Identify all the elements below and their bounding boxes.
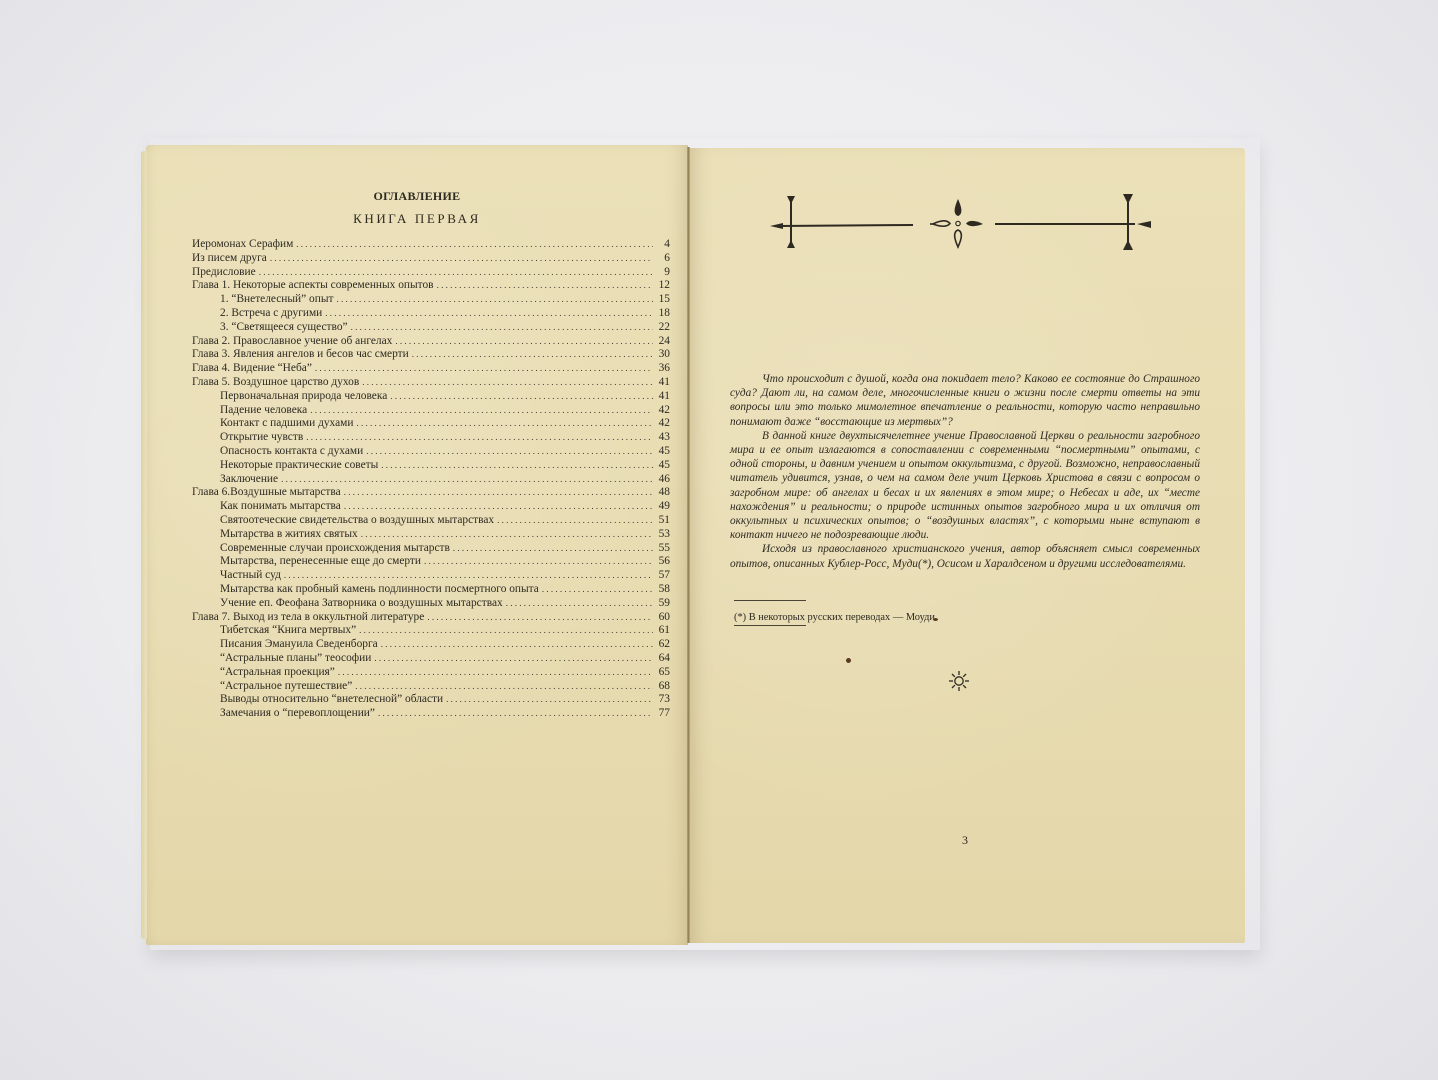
toc-entry: Иеромонах Серафим4 <box>192 238 670 252</box>
page-number: 3 <box>962 833 968 848</box>
paper-stain <box>933 618 938 621</box>
toc-leader-dots <box>296 238 653 252</box>
toc-entry-label: Глава 7. Выход из тела в оккультной лите… <box>192 611 424 625</box>
sun-ornament-icon <box>948 670 970 692</box>
toc-entry-page: 43 <box>656 431 670 445</box>
toc-entry-label: Предисловие <box>192 266 256 280</box>
toc-entry: Мытарства как пробный камень подлинности… <box>192 583 670 597</box>
toc-entry: Выводы относительно “внетелесной” област… <box>192 693 670 707</box>
toc-entry: “Астральные планы” теософии64 <box>192 652 670 666</box>
toc-entry-page: 60 <box>656 611 670 625</box>
toc-entry-label: 3. “Светящееся существо” <box>220 321 348 335</box>
toc-leader-dots <box>506 597 653 611</box>
toc-entry: “Астральное путешествие”68 <box>192 680 670 694</box>
toc-entry-page: 57 <box>656 569 670 583</box>
table-of-contents: Иеромонах Серафим4Из писем друга6Предисл… <box>192 238 670 721</box>
toc-entry-page: 18 <box>656 307 670 321</box>
toc-entry-label: Глава 2. Православное учение об ангелах <box>192 335 392 349</box>
toc-entry-page: 42 <box>656 417 670 431</box>
toc-entry: Как понимать мытарства49 <box>192 500 670 514</box>
toc-entry: Глава 2. Православное учение об ангелах2… <box>192 335 670 349</box>
toc-leader-dots <box>424 555 653 569</box>
toc-leader-dots <box>390 390 653 404</box>
toc-leader-dots <box>284 569 653 583</box>
toc-entry: Учение еп. Феофана Затворника о воздушны… <box>192 597 670 611</box>
toc-leader-dots <box>344 486 653 500</box>
toc-leader-dots <box>351 321 653 335</box>
toc-leader-dots <box>344 500 653 514</box>
toc-leader-dots <box>497 514 653 528</box>
toc-entry-label: Глава 5. Воздушное царство духов <box>192 376 359 390</box>
toc-entry-page: 42 <box>656 404 670 418</box>
toc-entry: Контакт с падшими духами42 <box>192 417 670 431</box>
paper-stain <box>846 658 851 663</box>
toc-entry-page: 4 <box>656 238 670 252</box>
toc-leader-dots <box>325 307 653 321</box>
toc-entry-page: 62 <box>656 638 670 652</box>
toc-leader-dots <box>453 542 653 556</box>
toc-leader-dots <box>381 638 653 652</box>
toc-entry-label: “Астральное путешествие” <box>220 680 352 694</box>
toc-entry-label: Современные случаи происхождения мытарст… <box>220 542 450 556</box>
toc-entry-label: Тибетская “Книга мертвых” <box>220 624 356 638</box>
footnote: (*) В некоторых русских переводах — Моуд… <box>734 612 938 623</box>
toc-entry-label: Мытарства как пробный камень подлинности… <box>220 583 539 597</box>
toc-entry-label: Заключение <box>220 473 278 487</box>
toc-entry-label: “Астральные планы” теософии <box>220 652 371 666</box>
toc-entry-label: Глава 6.Воздушные мытарства <box>192 486 341 500</box>
toc-entry: Святоотеческие свидетельства о воздушных… <box>192 514 670 528</box>
toc-entry: Тибетская “Книга мертвых”61 <box>192 624 670 638</box>
toc-entry-label: Падение человека <box>220 404 307 418</box>
toc-entry-page: 59 <box>656 597 670 611</box>
toc-leader-dots <box>412 348 653 362</box>
toc-entry-page: 68 <box>656 680 670 694</box>
toc-entry-page: 73 <box>656 693 670 707</box>
toc-leader-dots <box>338 666 653 680</box>
toc-entry: Первоначальная природа человека41 <box>192 390 670 404</box>
toc-entry-page: 6 <box>656 252 670 266</box>
toc-entry: Глава 3. Явления ангелов и бесов час сме… <box>192 348 670 362</box>
toc-entry-label: Некоторые практические советы <box>220 459 378 473</box>
toc-leader-dots <box>356 417 653 431</box>
toc-leader-dots <box>378 707 653 721</box>
toc-entry: Частный суд57 <box>192 569 670 583</box>
toc-leader-dots <box>446 693 653 707</box>
toc-entry: Предисловие9 <box>192 266 670 280</box>
toc-leader-dots <box>542 583 653 597</box>
toc-leader-dots <box>366 445 653 459</box>
toc-entry-label: Из писем друга <box>192 252 267 266</box>
toc-entry: Падение человека42 <box>192 404 670 418</box>
toc-leader-dots <box>374 652 653 666</box>
toc-entry-page: 41 <box>656 376 670 390</box>
toc-entry-label: “Астральная проекция” <box>220 666 335 680</box>
toc-entry-page: 15 <box>656 293 670 307</box>
toc-entry-page: 61 <box>656 624 670 638</box>
toc-heading: ОГЛАВЛЕНИЕ <box>146 189 688 204</box>
toc-entry: 1. “Внетелесный” опыт15 <box>192 293 670 307</box>
toc-entry-page: 58 <box>656 583 670 597</box>
toc-entry-page: 77 <box>656 707 670 721</box>
toc-entry-label: Как понимать мытарства <box>220 500 341 514</box>
toc-leader-dots <box>336 293 653 307</box>
toc-entry: 3. “Светящееся существо”22 <box>192 321 670 335</box>
toc-entry-page: 55 <box>656 542 670 556</box>
toc-entry-page: 9 <box>656 266 670 280</box>
toc-entry-label: Мытарства, перенесенные еще до смерти <box>220 555 421 569</box>
toc-entry: Глава 1. Некоторые аспекты современных о… <box>192 279 670 293</box>
toc-entry-label: Контакт с падшими духами <box>220 417 353 431</box>
toc-entry: Мытарства, перенесенные еще до смерти56 <box>192 555 670 569</box>
toc-entry-label: 2. Встреча с другими <box>220 307 322 321</box>
toc-entry-label: Мытарства в житиях святых <box>220 528 358 542</box>
toc-leader-dots <box>361 528 653 542</box>
toc-subheading: КНИГА ПЕРВАЯ <box>146 211 688 227</box>
toc-entry-page: 41 <box>656 390 670 404</box>
toc-leader-dots <box>281 473 653 487</box>
toc-entry-page: 45 <box>656 445 670 459</box>
toc-entry-page: 22 <box>656 321 670 335</box>
toc-entry-label: Замечания о “перевоплощении” <box>220 707 375 721</box>
toc-entry: “Астральная проекция”65 <box>192 666 670 680</box>
toc-entry-page: 48 <box>656 486 670 500</box>
left-page: ОГЛАВЛЕНИЕ КНИГА ПЕРВАЯ Иеромонах Серафи… <box>146 145 688 945</box>
toc-entry-page: 46 <box>656 473 670 487</box>
toc-entry-label: Писания Эмануила Сведенборга <box>220 638 378 652</box>
toc-leader-dots <box>259 266 653 280</box>
book-description: Что происходит с душой, когда она покида… <box>730 372 1200 571</box>
toc-entry: Писания Эмануила Сведенборга62 <box>192 638 670 652</box>
toc-entry-label: Частный суд <box>220 569 281 583</box>
toc-entry-label: Глава 4. Видение “Неба” <box>192 362 312 376</box>
toc-entry: 2. Встреча с другими18 <box>192 307 670 321</box>
toc-leader-dots <box>306 431 653 445</box>
toc-entry: Некоторые практические советы45 <box>192 459 670 473</box>
toc-entry-page: 45 <box>656 459 670 473</box>
toc-entry: Глава 5. Воздушное царство духов41 <box>192 376 670 390</box>
footnote-rule-bottom <box>734 625 806 626</box>
toc-entry-page: 12 <box>656 279 670 293</box>
description-paragraph: Исходя из православного христианского уч… <box>730 542 1200 570</box>
footnote-rule-top <box>734 600 806 601</box>
toc-entry: Из писем друга6 <box>192 252 670 266</box>
toc-entry: Глава 4. Видение “Неба”36 <box>192 362 670 376</box>
description-paragraph: Что происходит с душой, когда она покида… <box>730 372 1200 429</box>
toc-entry: Открытие чувств43 <box>192 431 670 445</box>
toc-entry-page: 56 <box>656 555 670 569</box>
toc-leader-dots <box>427 611 653 625</box>
toc-entry-page: 64 <box>656 652 670 666</box>
toc-leader-dots <box>315 362 653 376</box>
toc-entry: Современные случаи происхождения мытарст… <box>192 542 670 556</box>
cross-bar-ornament-icon <box>765 186 1155 250</box>
toc-leader-dots <box>395 335 653 349</box>
toc-entry-label: Первоначальная природа человека <box>220 390 387 404</box>
toc-entry-page: 53 <box>656 528 670 542</box>
toc-leader-dots <box>362 376 653 390</box>
toc-entry-label: Глава 3. Явления ангелов и бесов час сме… <box>192 348 409 362</box>
toc-entry-label: Учение еп. Феофана Затворника о воздушны… <box>220 597 503 611</box>
toc-entry: Замечания о “перевоплощении”77 <box>192 707 670 721</box>
toc-entry-page: 51 <box>656 514 670 528</box>
toc-entry: Заключение46 <box>192 473 670 487</box>
toc-entry-page: 36 <box>656 362 670 376</box>
toc-leader-dots <box>310 404 653 418</box>
toc-entry-page: 65 <box>656 666 670 680</box>
toc-entry: Мытарства в житиях святых53 <box>192 528 670 542</box>
toc-entry: Глава 7. Выход из тела в оккультной лите… <box>192 611 670 625</box>
toc-leader-dots <box>437 279 653 293</box>
toc-leader-dots <box>270 252 653 266</box>
toc-leader-dots <box>381 459 653 473</box>
toc-entry: Опасность контакта с духами45 <box>192 445 670 459</box>
toc-entry-label: Опасность контакта с духами <box>220 445 363 459</box>
toc-entry-label: Иеромонах Серафим <box>192 238 293 252</box>
description-paragraph: В данной книге двухтысячелетнее учение П… <box>730 429 1200 543</box>
toc-entry-label: 1. “Внетелесный” опыт <box>220 293 333 307</box>
toc-entry-label: Святоотеческие свидетельства о воздушных… <box>220 514 494 528</box>
right-page: Что происходит с душой, когда она покида… <box>690 148 1245 943</box>
toc-entry-label: Открытие чувств <box>220 431 303 445</box>
toc-entry-label: Глава 1. Некоторые аспекты современных о… <box>192 279 434 293</box>
toc-entry-page: 49 <box>656 500 670 514</box>
toc-leader-dots <box>355 680 653 694</box>
toc-entry-page: 30 <box>656 348 670 362</box>
toc-entry-label: Выводы относительно “внетелесной” област… <box>220 693 443 707</box>
toc-leader-dots <box>359 624 653 638</box>
toc-entry-page: 24 <box>656 335 670 349</box>
toc-entry: Глава 6.Воздушные мытарства48 <box>192 486 670 500</box>
